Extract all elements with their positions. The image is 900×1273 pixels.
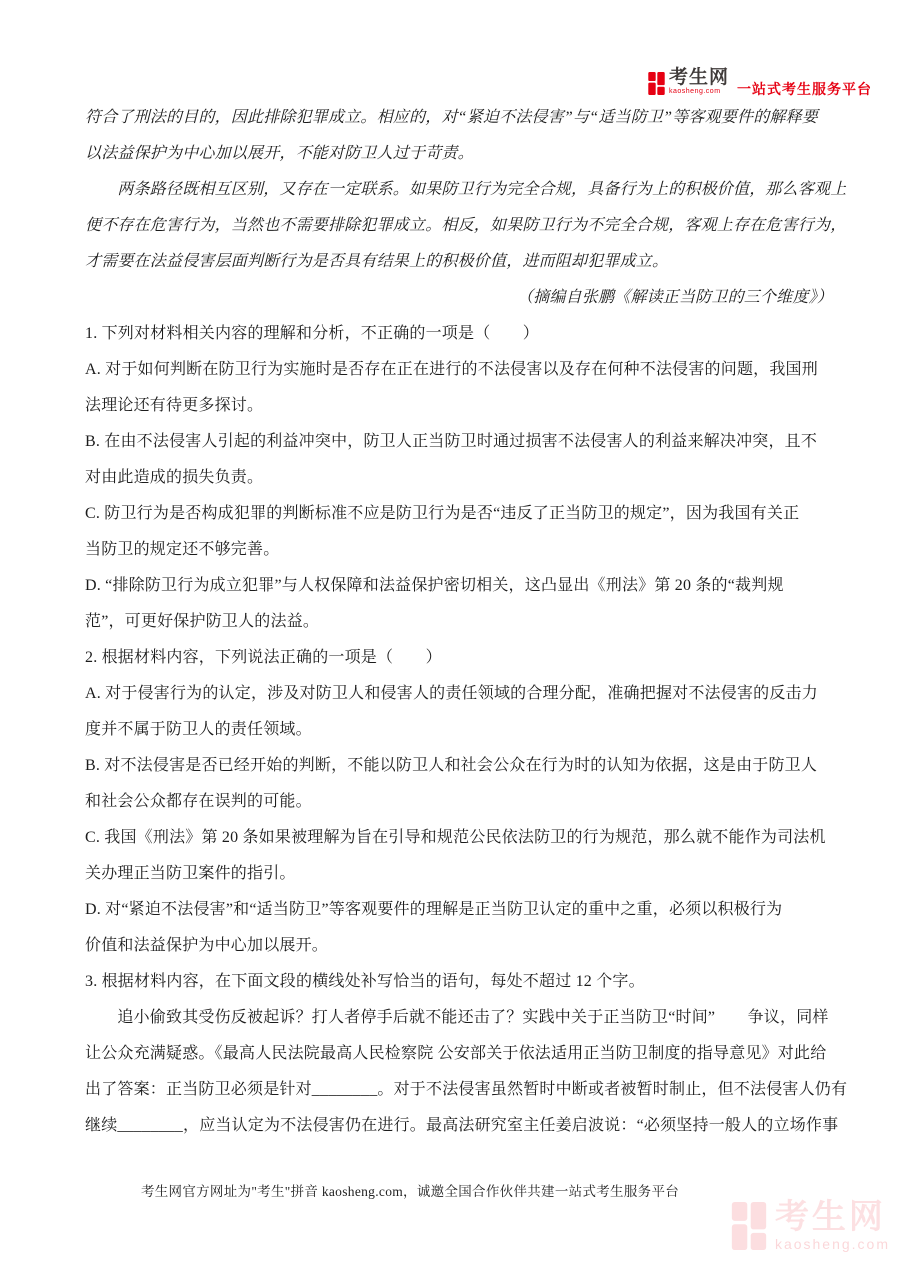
text-line: 2. 根据材料内容，下列说法正确的一项是（ ）	[85, 640, 833, 676]
watermark-text-block: 考生网 kaosheng.com	[775, 1200, 890, 1251]
text-line: 关办理正当防卫案件的指引。	[85, 856, 833, 892]
brand-text-block: 考生网 kaosheng.com	[669, 68, 729, 95]
watermark-name: 考生网	[775, 1200, 890, 1234]
text-line: 两条路径既相互区别，又存在一定联系。如果防卫行为完全合规，具备行为上的积极价值，…	[85, 172, 833, 208]
text-line: 才需要在法益侵害层面判断行为是否具有结果上的积极价值，进而阻却犯罪成立。	[85, 244, 833, 280]
text-line: D. “排除防卫行为成立犯罪”与人权保障和法益保护密切相关，这凸显出《刑法》第 …	[85, 568, 833, 604]
text-line: 度并不属于防卫人的责任领域。	[85, 712, 833, 748]
text-line: 以法益保护为中心加以展开，不能对防卫人过于苛责。	[85, 136, 833, 172]
text-line: B. 对不法侵害是否已经开始的判断，不能以防卫人和社会公众在行为时的认知为依据，…	[85, 748, 833, 784]
watermark: 考生网 kaosheng.com	[731, 1200, 890, 1251]
text-line: 3. 根据材料内容，在下面文段的横线处补写恰当的语句，每处不超过 12 个字。	[85, 964, 833, 1000]
text-line: 对由此造成的损失负责。	[85, 460, 833, 496]
text-line: A. 对于如何判断在防卫行为实施时是否存在正在进行的不法侵害以及存在何种不法侵害…	[85, 352, 833, 388]
text-line: D. 对“紧迫不法侵害”和“适当防卫”等客观要件的理解是正当防卫认定的重中之重，…	[85, 892, 833, 928]
text-line: 1. 下列对材料相关内容的理解和分析，不正确的一项是（ ）	[85, 316, 833, 352]
document-lines: 符合了刑法的目的，因此排除犯罪成立。相应的，对“紧迫不法侵害”与“适当防卫”等客…	[85, 100, 833, 1144]
exam-page: { "header": { "brand_name": "考生网", "bran…	[0, 0, 900, 1273]
text-line: 法理论还有待更多探讨。	[85, 388, 833, 424]
text-line: 出了答案：正当防卫必须是针对________。对于不法侵害虽然暂时中断或者被暂时…	[85, 1072, 833, 1108]
text-line: B. 在由不法侵害人引起的利益冲突中，防卫人正当防卫时通过损害不法侵害人的利益来…	[85, 424, 833, 460]
text-line: 追小偷致其受伤反被起诉？打人者停手后就不能还击了？实践中关于正当防卫“时间” 争…	[85, 1000, 833, 1036]
brand-domain: kaosheng.com	[669, 88, 729, 95]
watermark-domain: kaosheng.com	[775, 1237, 890, 1251]
watermark-logo-icon	[731, 1202, 767, 1250]
brand-tagline: 一站式考生服务平台	[737, 79, 872, 99]
text-line: 便不存在危害行为，当然也不需要排除犯罪成立。相反，如果防卫行为不完全合规，客观上…	[85, 208, 833, 244]
footer-text: 考生网官方网址为"考生"拼音 kaosheng.com，诚邀全国合作伙伴共建一站…	[0, 1180, 820, 1200]
brand-name: 考生网	[669, 68, 729, 87]
kaosheng-logo-icon	[648, 72, 665, 95]
text-line: 让公众充满疑惑。《最高人民法院最高人民检察院 公安部关于依法适用正当防卫制度的指…	[85, 1036, 833, 1072]
header-logo: 考生网 kaosheng.com 一站式考生服务平台	[648, 68, 872, 102]
text-line: 符合了刑法的目的，因此排除犯罪成立。相应的，对“紧迫不法侵害”与“适当防卫”等客…	[85, 100, 833, 136]
text-line: （摘编自张鹏《解读正当防卫的三个维度》）	[85, 280, 833, 316]
text-line: C. 防卫行为是否构成犯罪的判断标准不应是防卫行为是否“违反了正当防卫的规定”，…	[85, 496, 833, 532]
text-line: 范”，可更好保护防卫人的法益。	[85, 604, 833, 640]
text-line: 价值和法益保护为中心加以展开。	[85, 928, 833, 964]
text-line: 继续________，应当认定为不法侵害仍在进行。最高法研究室主任姜启波说：“必…	[85, 1108, 833, 1144]
text-line: C. 我国《刑法》第 20 条如果被理解为旨在引导和规范公民依法防卫的行为规范，…	[85, 820, 833, 856]
text-line: 当防卫的规定还不够完善。	[85, 532, 833, 568]
text-line: 和社会公众都存在误判的可能。	[85, 784, 833, 820]
text-line: A. 对于侵害行为的认定，涉及对防卫人和侵害人的责任领域的合理分配，准确把握对不…	[85, 676, 833, 712]
